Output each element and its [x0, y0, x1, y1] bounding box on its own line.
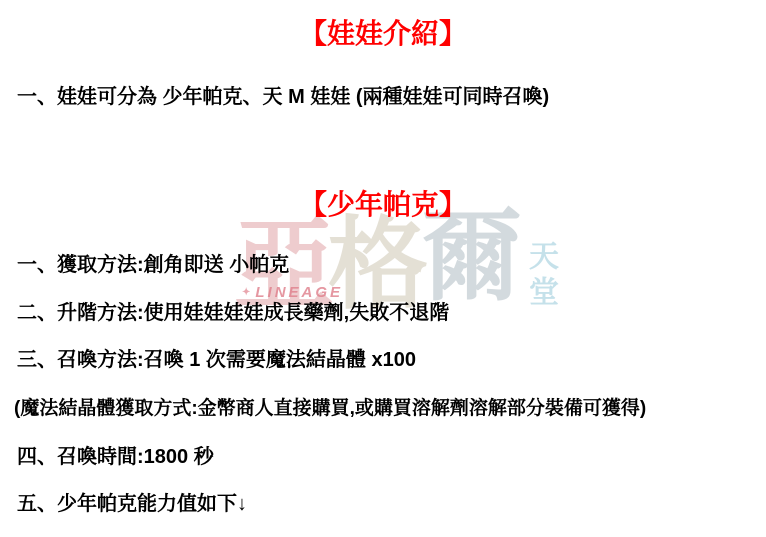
intro-line: 一、娃娃可分為 少年帕克、天 M 娃娃 (兩種娃娃可同時召喚) [17, 85, 549, 109]
puck-item-stats-intro: 五、少年帕克能力值如下↓ [17, 492, 247, 516]
puck-item-crystal-note: (魔法結晶體獲取方式:金幣商人直接購買,或購買溶解劑溶解部分裝備可獲得) [14, 398, 646, 421]
document-page: 亞 格 爾 天堂 ✦LINEAGE 【娃娃介紹】 一、娃娃可分為 少年帕克、天 … [0, 0, 766, 537]
watermark-tiantang-text: 天堂 [525, 240, 555, 312]
section-title-doll-intro: 【娃娃介紹】 [0, 18, 766, 50]
puck-item-acquire-method: 一、獲取方法:創角即送 小帕克 [17, 253, 289, 277]
section-title-young-puck: 【少年帕克】 [0, 189, 766, 221]
puck-item-summon-method: 三、召喚方法:召喚 1 次需要魔法結晶體 x100 [17, 348, 416, 372]
diamond-icon: ✦ [242, 287, 253, 298]
puck-item-summon-time: 四、召喚時間:1800 秒 [17, 445, 214, 469]
puck-item-upgrade-method: 二、升階方法:使用娃娃娃娃成長藥劑,失敗不退階 [17, 301, 449, 325]
watermark-lineage-text: ✦LINEAGE [242, 284, 343, 301]
watermark-lineage-label: LINEAGE [255, 284, 343, 301]
watermark-char-er: 爾 [422, 208, 522, 308]
